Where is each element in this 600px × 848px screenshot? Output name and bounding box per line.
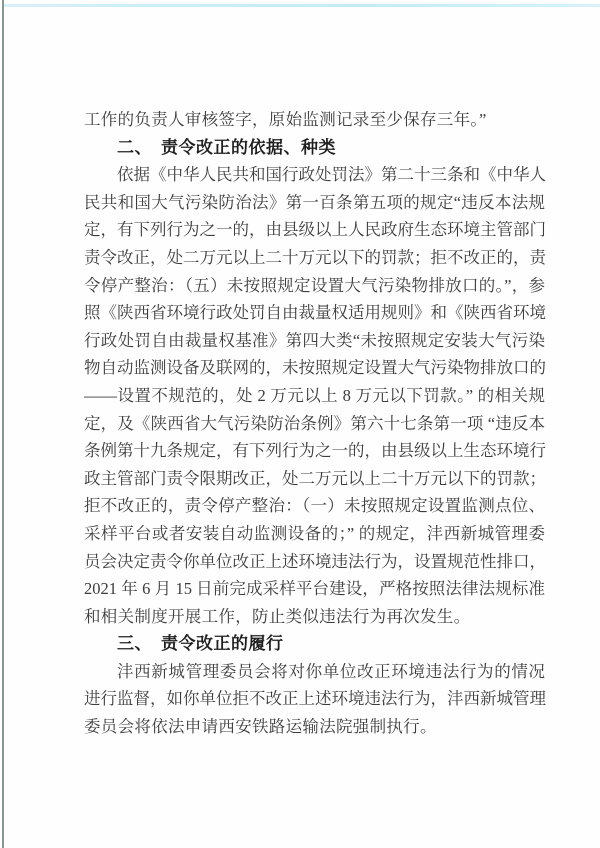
document-text-line: 行政处罚自由裁量权基准》第四大类“未按照规定安装大气污染 [84,327,545,355]
document-text-line: 令停产整治：（五）未按照规定设置大气污染物排放口的。”，参 [84,272,545,300]
document-text-line: 和相关制度开展工作，防止类似违法行为再次发生。 [84,603,545,631]
document-text-line: 采样平台或者安装自动监测设备的；” 的规定，沣西新城管理委 [84,520,545,548]
scan-edge-artifact-left [2,0,4,848]
document-text-block: 工作的负责人审核签字，原始监测记录至少保存三年。”二、 责令改正的依据、种类依据… [84,106,545,741]
document-text-line: 民共和国大气污染防治法》第一百条第五项的规定“违反本法规 [84,189,545,217]
document-text-line: 依据《中华人民共和国行政处罚法》第二十三条和《中华人 [84,161,545,189]
document-text-line: 定，及《陕西省大气污染防治条例》第六十七条第一项 “违反本 [84,410,545,438]
document-text-line: 政主管部门责令限期改正，处二万元以上二十万元以下的罚款； [84,465,545,493]
document-text-line: 2021 年 6 月 15 日前完成采样平台建设，严格按照法律法规标准 [84,575,545,603]
document-text-line: 进行监督，如你单位拒不改正上述环境违法行为，沣西新城管理 [84,685,545,713]
document-text-line: 工作的负责人审核签字，原始监测记录至少保存三年。” [84,106,545,134]
document-text-line: 定，有下列行为之一的，由县级以上人民政府生态环境主管部门 [84,216,545,244]
document-text-line: 责令改正，处二万元以上二十万元以下的罚款；拒不改正的，责 [84,244,545,272]
document-text-line: 条例第十九条规定，有下列行为之一的，由县级以上生态环境行 [84,437,545,465]
section-heading: 二、 责令改正的依据、种类 [84,134,545,162]
scan-edge-artifact-top [4,4,600,7]
document-text-line: 沣西新城管理委员会将对你单位改正环境违法行为的情况 [84,658,545,686]
document-text-line: 物自动监测设备及联网的，未按照规定设置大气污染物排放口的 [84,354,545,382]
document-text-line: 拒不改正的，责令停产整治：（一）未按照规定设置监测点位、 [84,492,545,520]
document-text-line: 员会决定责令你单位改正上述环境违法行为，设置规范性排口， [84,548,545,576]
document-text-line: 委员会将依法申请西安铁路运输法院强制执行。 [84,713,545,741]
document-text-line: ——设置不规范的，处 2 万元以上 8 万元以下罚款。” 的相关规 [84,382,545,410]
scanned-document-page: 工作的负责人审核签字，原始监测记录至少保存三年。”二、 责令改正的依据、种类依据… [0,0,600,848]
section-heading: 三、 责令改正的履行 [84,630,545,658]
document-text-line: 照《陕西省环境行政处罚自由裁量权适用规则》和《陕西省环境 [84,299,545,327]
